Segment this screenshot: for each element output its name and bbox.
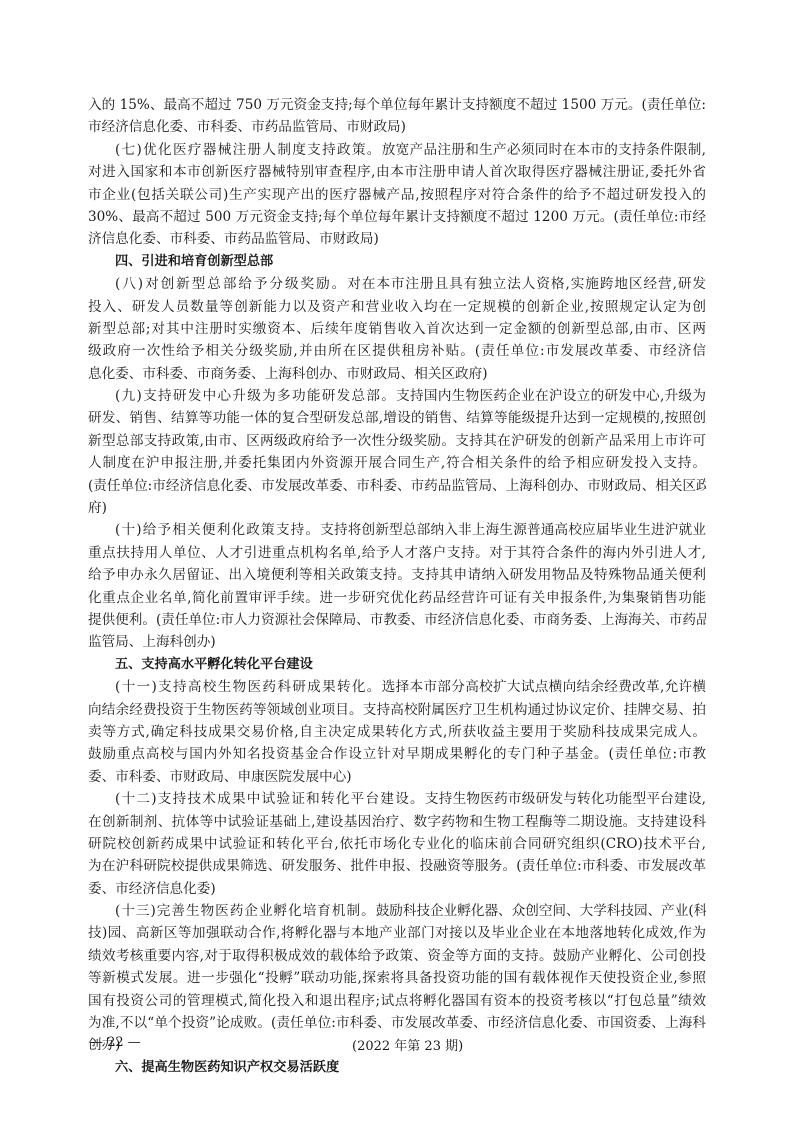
paragraph-text: 支持生物医药市级研发与转化功能型平台建设,	[425, 791, 706, 807]
body-line: 济信息化委、市科委、市药品监管局、市财政局)	[88, 228, 706, 250]
body-line: 委、市科委、市财政局、申康医院发展中心)	[88, 766, 706, 788]
body-line: 国有投资公司的管理模式,简化投入和退出程序;试点将孵化器国有资本的投资考核以“打…	[88, 990, 706, 1012]
document-body: 入的 15%、最高不超过 750 万元资金支持;每个单位每年累计支持额度不超过 …	[88, 94, 706, 1079]
body-line: 人制度在沪申报注册,并委托集团内外资源开展合同生产,符合相关条件的给予相应研发投…	[88, 452, 706, 474]
paragraph-first-line: (十一)支持高校生物医药科研成果转化。选择本市部分高校扩大试点横向结余经费改革,…	[88, 676, 706, 698]
body-line: 卖等方式,确定科技成果交易价格,自主决定成果转化方式,所获收益主要用于奖励科技成…	[88, 721, 706, 743]
issue-label: (2022 年第 23 期)	[352, 1035, 463, 1054]
body-line: 投入、研发人员数量等创新能力以及资产和营业收入均在一定规模的创新企业,按照规定认…	[88, 296, 706, 318]
body-line: 息化委、市科委、市商务委、上海科创办、市财政局、相关区政府)	[88, 363, 706, 385]
paragraph-text: 支持国内生物医药企业在沪设立的研发中心,升级为	[396, 388, 706, 404]
body-line: 研发、销售、结算等功能一体的复合型研发总部,增设的销售、结算等能级提升达到一定规…	[88, 407, 706, 429]
body-line: 市经济信息化委、市科委、市药品监管局、市财政局)	[88, 116, 706, 138]
paragraph-lead: (十二)支持技术成果中试验证和转化平台建设。	[115, 791, 425, 807]
body-line: 府)	[88, 497, 706, 519]
page-footer: — 22 — (2022 年第 23 期)	[90, 1035, 710, 1055]
paragraph-text: 鼓励科技企业孵化器、众创空间、大学科技园、产业(科	[376, 903, 706, 919]
body-line: (责任单位:市经济信息化委、市发展改革委、市科委、市药品监管局、上海科创办、市财…	[88, 475, 706, 497]
body-line: 提供便利。(责任单位:市人力资源社会保障局、市教委、市经济信息化委、市商务委、上…	[88, 609, 706, 631]
body-line: 向结余经费投资于生物医药等领域创业项目。支持高校附属医疗卫生机构通过协议定价、挂…	[88, 699, 706, 721]
paragraph-first-line: (十二)支持技术成果中试验证和转化平台建设。支持生物医药市级研发与转化功能型平台…	[88, 788, 706, 810]
body-line: 为在沪科研院校提供成果筛选、研发服务、批件申报、投融资等服务。(责任单位:市科委…	[88, 855, 706, 877]
paragraph-text: 选择本市部分高校扩大试点横向结余经费改革,允许横	[382, 679, 706, 695]
paragraph-first-line: (七)优化医疗器械注册人制度支持政策。放宽产品注册和生产必须同时在本市的支持条件…	[88, 139, 706, 161]
paragraph-lead: (十三)完善生物医药企业孵化培育机制。	[115, 903, 376, 919]
body-line: 化重点企业名单,简化前置审评手续。进一步研究优化药品经营许可证有关申报条件,为集…	[88, 587, 706, 609]
paragraph-lead: (九)支持研发中心升级为多功能研发总部。	[115, 388, 396, 404]
body-line: 在创新制剂、抗体等中试验证基础上,建设基因治疗、数字药物和生物工程酶等二期设施。…	[88, 811, 706, 833]
paragraph-first-line: (八)对创新型总部给予分级奖励。对在本市注册且具有独立法人资格,实施跨地区经营,…	[88, 273, 706, 295]
body-line: 技)园、高新区等加强联动合作,将孵化器与本地产业部门对接以及毕业企业在本地落地转…	[88, 922, 706, 944]
paragraph-lead: (八)对创新型总部给予分级奖励。	[115, 276, 347, 292]
paragraph-lead: (十一)支持高校生物医药科研成果转化。	[115, 679, 382, 695]
paragraph-text: 对在本市注册且具有独立法人资格,实施跨地区经营,研发	[347, 276, 706, 292]
body-line: 研院校创新药成果中试验证和转化平台,依托市场化专业化的临床前合同研究组织(CRO…	[88, 833, 706, 855]
body-line: 监管局、上海科创办)	[88, 631, 706, 653]
section-heading: 六、提高生物医药知识产权交易活跃度	[88, 1057, 706, 1079]
body-line: 等新模式发展。进一步强化“投孵”联动功能,探索将具备投资功能的国有载体视作天使投…	[88, 967, 706, 989]
page-number: — 22 —	[90, 1035, 141, 1050]
section-heading: 四、引进和培育创新型总部	[88, 251, 706, 273]
body-line: 新型总部支持政策,由市、区两级政府给予一次性分级奖励。支持其在沪研发的创新产品采…	[88, 430, 706, 452]
body-line: 30%、最高不超过 500 万元资金支持;每个单位每年累计支持额度不超过 120…	[88, 206, 706, 228]
paragraph-first-line: (十)给予相关便利化政策支持。支持将创新型总部纳入非上海生源普通高校应届毕业生进…	[88, 519, 706, 541]
body-line: 对进入国家和本市创新医疗器械特别审查程序,由本市注册申请人首次取得医疗器械注册证…	[88, 161, 706, 183]
body-line: 绩效考核重要内容,对于取得积极成效的载体给予政策、资金等方面的支持。鼓励产业孵化…	[88, 945, 706, 967]
body-line: 重点扶持用人单位、人才引进重点机构名单,给予人才落户支持。对于其符合条件的海内外…	[88, 542, 706, 564]
body-line: 为准,不以“单个投资”论成败。(责任单位:市科委、市发展改革委、市经济信息化委、…	[88, 1012, 706, 1034]
body-line: 给予申办永久居留证、出入境便利等相关政策支持。支持其申请纳入研发用物品及特殊物品…	[88, 564, 706, 586]
paragraph-lead: (七)优化医疗器械注册人制度支持政策。	[115, 142, 382, 158]
body-line: 级政府一次性给予相关分级奖励,并由所在区提供租房补贴。(责任单位:市发展改革委、…	[88, 340, 706, 362]
paragraph-text: 支持将创新型总部纳入非上海生源普通高校应届毕业生进沪就业	[320, 522, 706, 538]
body-line: 入的 15%、最高不超过 750 万元资金支持;每个单位每年累计支持额度不超过 …	[88, 94, 706, 116]
section-heading: 五、支持高水平孵化转化平台建设	[88, 654, 706, 676]
paragraph-first-line: (九)支持研发中心升级为多功能研发总部。支持国内生物医药企业在沪设立的研发中心,…	[88, 385, 706, 407]
body-line: 鼓励重点高校与国内外知名投资基金合作设立针对早期成果孵化的专门种子基金。(责任单…	[88, 743, 706, 765]
paragraph-lead: (十)给予相关便利化政策支持。	[115, 522, 320, 538]
paragraph-text: 放宽产品注册和生产必须同时在本市的支持条件限制,	[382, 142, 706, 158]
body-line: 市企业(包括关联公司)生产实现产出的医疗器械产品,按照程序对符合条件的给予不超过…	[88, 184, 706, 206]
paragraph-first-line: (十三)完善生物医药企业孵化培育机制。鼓励科技企业孵化器、众创空间、大学科技园、…	[88, 900, 706, 922]
body-line: 委、市经济信息化委)	[88, 878, 706, 900]
body-line: 新型总部;对其中注册时实缴资本、后续年度销售收入首次达到一定金额的创新型总部,由…	[88, 318, 706, 340]
